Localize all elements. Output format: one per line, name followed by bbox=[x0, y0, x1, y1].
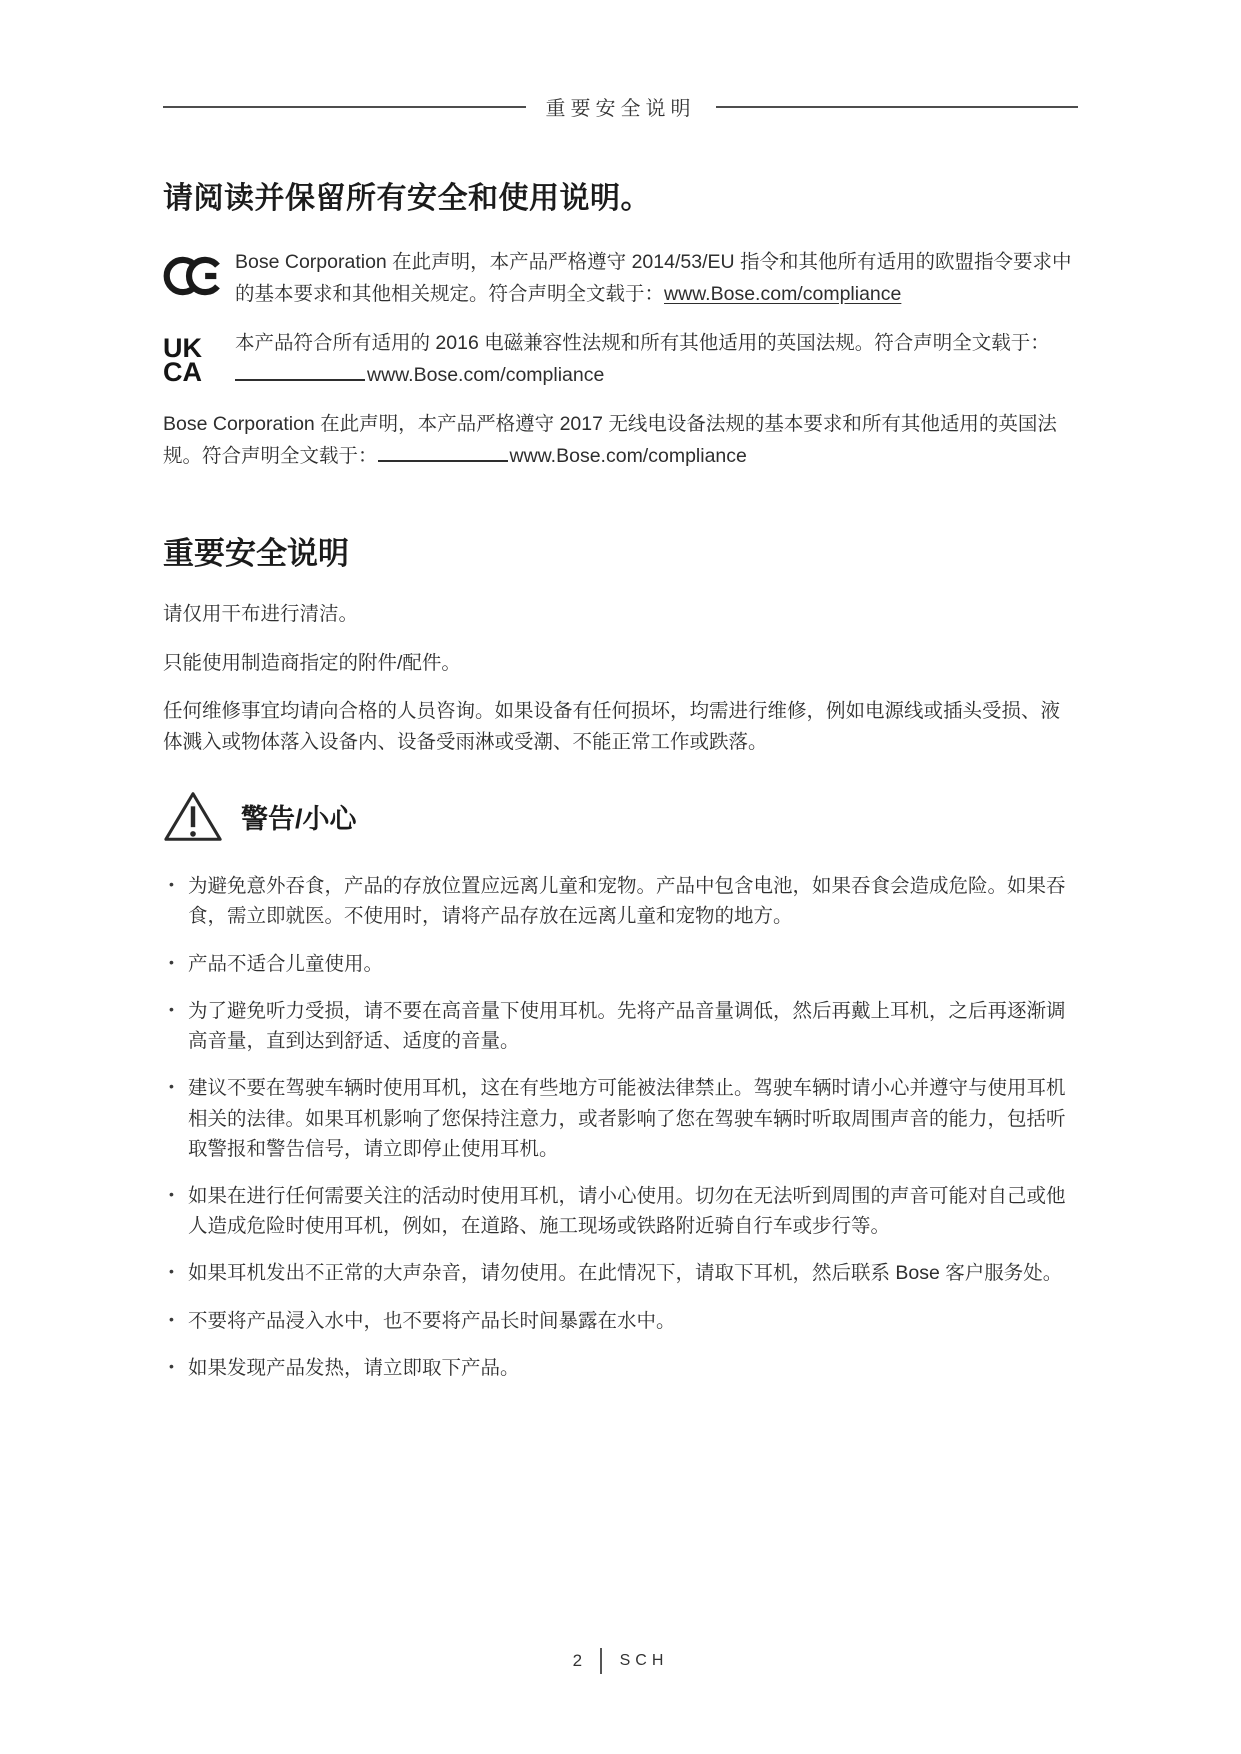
fill-in-blank-line bbox=[235, 360, 365, 381]
ce-mark-icon bbox=[163, 254, 225, 298]
safety-bullet-item: 不要将产品浸入水中，也不要将产品长时间暴露在水中。 bbox=[163, 1306, 1078, 1336]
safety-paragraph: 只能使用制造商指定的附件/配件。 bbox=[163, 648, 1078, 679]
safety-bullet-item: 如果发现产品发热，请立即取下产品。 bbox=[163, 1353, 1078, 1383]
safety-paragraph: 请仅用干布进行清洁。 bbox=[163, 599, 1078, 630]
safety-bullet-list: 为避免意外吞食，产品的存放位置应远离儿童和宠物。产品中包含电池，如果吞食会造成危… bbox=[163, 871, 1078, 1383]
manual-page: 重要安全说明 请阅读并保留所有安全和使用说明。 Bose Corporation… bbox=[0, 0, 1241, 1754]
fill-in-blank-line bbox=[378, 441, 508, 462]
footer-divider bbox=[600, 1648, 602, 1674]
language-code: SCH bbox=[620, 1652, 669, 1670]
ukca-compliance-row: UK CA 本产品符合所有适用的 2016 电磁兼容性法规和所有其他适用的英国法… bbox=[163, 328, 1078, 391]
ce-declaration-text: Bose Corporation 在此声明，本产品严格遵守 2014/53/EU… bbox=[235, 251, 1072, 305]
safety-paragraph: 任何维修事宜均请向合格的人员咨询。如果设备有任何损坏，均需进行维修，例如电源线或… bbox=[163, 696, 1078, 758]
ukca-compliance-link: www.Bose.com/compliance bbox=[367, 364, 604, 386]
safety-bullet-item: 为了避免听力受损，请不要在高音量下使用耳机。先将产品音量调低，然后再戴上耳机，之… bbox=[163, 996, 1078, 1056]
ce-logo-column bbox=[163, 247, 219, 310]
ukca-declaration-paragraph: 本产品符合所有适用的 2016 电磁兼容性法规和所有其他适用的英国法规。符合声明… bbox=[235, 328, 1050, 391]
warning-heading-row: 警告/小心 bbox=[163, 790, 1078, 843]
warning-triangle-icon bbox=[163, 790, 223, 843]
compliance-section: Bose Corporation 在此声明，本产品严格遵守 2014/53/EU… bbox=[163, 247, 1078, 472]
page-footer: 2 SCH bbox=[0, 1648, 1241, 1674]
warning-label: 警告/小心 bbox=[241, 797, 357, 836]
safety-bullet-item: 如果在进行任何需要关注的活动时使用耳机，请小心使用。切勿在无法听到周围的声音可能… bbox=[163, 1181, 1078, 1241]
page-header: 重要安全说明 bbox=[163, 92, 1078, 121]
ce-declaration-paragraph: Bose Corporation 在此声明，本产品严格遵守 2014/53/EU… bbox=[235, 247, 1078, 310]
safety-bullet-item: 产品不适合儿童使用。 bbox=[163, 949, 1078, 979]
ukca-logo-bottom: CA bbox=[163, 361, 219, 385]
header-rule-left bbox=[163, 106, 526, 108]
running-header-title: 重要安全说明 bbox=[526, 92, 716, 121]
page-number: 2 bbox=[573, 1651, 582, 1671]
radio-compliance-link: www.Bose.com/compliance bbox=[510, 445, 747, 467]
ukca-logo-column: UK CA bbox=[163, 328, 219, 391]
radio-compliance-row: Bose Corporation 在此声明，本产品严格遵守 2017 无线电设备… bbox=[163, 409, 1078, 472]
ukca-declaration-text: 本产品符合所有适用的 2016 电磁兼容性法规和所有其他适用的英国法规。符合声明… bbox=[235, 332, 1050, 354]
ukca-mark-icon: UK CA bbox=[163, 337, 219, 385]
header-rule-right bbox=[716, 106, 1079, 108]
ce-compliance-link[interactable]: www.Bose.com/compliance bbox=[664, 283, 901, 305]
section-title: 重要安全说明 bbox=[163, 528, 1078, 573]
safety-bullet-item: 建议不要在驾驶车辆时使用耳机，这在有些地方可能被法律禁止。驾驶车辆时请小心并遵守… bbox=[163, 1073, 1078, 1164]
safety-bullet-item: 如果耳机发出不正常的大声杂音，请勿使用。在此情况下，请取下耳机，然后联系 Bos… bbox=[163, 1258, 1078, 1288]
safety-bullet-item: 为避免意外吞食，产品的存放位置应远离儿童和宠物。产品中包含电池，如果吞食会造成危… bbox=[163, 871, 1078, 931]
page-title: 请阅读并保留所有安全和使用说明。 bbox=[163, 173, 1078, 217]
radio-declaration-paragraph: Bose Corporation 在此声明，本产品严格遵守 2017 无线电设备… bbox=[163, 409, 1078, 472]
ce-compliance-row: Bose Corporation 在此声明，本产品严格遵守 2014/53/EU… bbox=[163, 247, 1078, 310]
